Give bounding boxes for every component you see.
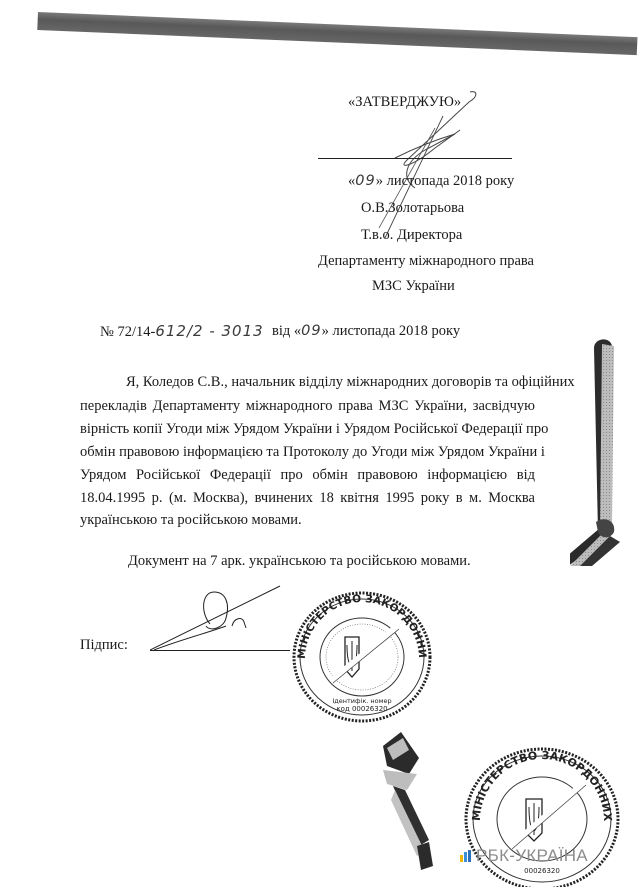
stamp-id-line1: Ідентифік. номер [332,697,391,705]
reference-number-prefix: № 72/14- [100,324,155,340]
body-line-1: Я, Коледов С.В., начальник відділу міжна… [126,374,534,391]
reference-number: № 72/14-612/2 - 3013 [100,324,264,340]
watermark-text: РБК-УКРАЇНА [476,846,588,866]
reference-number-handwritten: 612/2 - 3013 [155,322,263,340]
body-line-4: обмін правовою інформацією та Протоколу … [80,444,535,461]
stamp-2-id: 00026320 [524,867,560,875]
reference-date-prefix: від « [272,323,301,339]
body-line-2: перекладів Департаменту міжнародного пра… [80,398,535,415]
rbc-logo-icon [460,850,472,862]
reference-date-rest: » листопада 2018 року [322,323,461,339]
reference-date-day: 09 [301,323,321,339]
signer-signature [150,582,310,654]
document-note: Документ на 7 арк. українською та російс… [128,554,471,569]
body-line-3: вірність копії Угоди між Урядом України … [80,421,535,438]
scan-shadow-band [37,12,637,55]
body-line-7: українською та російською мовами. [80,513,302,528]
binding-ribbon [570,336,639,566]
approval-date-rest: » листопада 2018 року [376,173,515,189]
approval-date: «09» листопада 2018 року [348,174,514,189]
signatory-department: Департаменту міжнародного права [318,254,534,269]
signatory-name: О.В.Золотарьова [361,201,464,216]
stamp-outer-text: МІНІСТЕРСТВО ЗАКОРДОННИХ СПРАВ УКРАЇНИ [287,585,428,659]
official-stamp: МІНІСТЕРСТВО ЗАКОРДОННИХ СПРАВ УКРАЇНИ І… [287,585,437,725]
signatory-position: Т.в.о. Директора [361,228,462,243]
approval-date-day: 09 [355,173,375,189]
approval-signature-line [318,158,512,159]
body-line-6: 18.04.1995 р. (м. Москва), вчинених 18 к… [80,490,535,507]
ribbon-fragment [373,730,433,880]
svg-text:МІНІСТЕРСТВО ЗАКОРДОННИХ СПРАВ: МІНІСТЕРСТВО ЗАКОРДОННИХ СПРАВ УКРАЇНИ [287,585,428,659]
signature-label: Підпис: [80,638,128,653]
reference-date: від «09» листопада 2018 року [272,324,460,339]
signatory-ministry: МЗС України [372,279,455,294]
watermark: РБК-УКРАЇНА [460,846,588,866]
stamp-id-line2: код 00026320 [336,705,387,713]
body-line-5: Урядом Російської Федерації про обмін пр… [80,467,535,484]
